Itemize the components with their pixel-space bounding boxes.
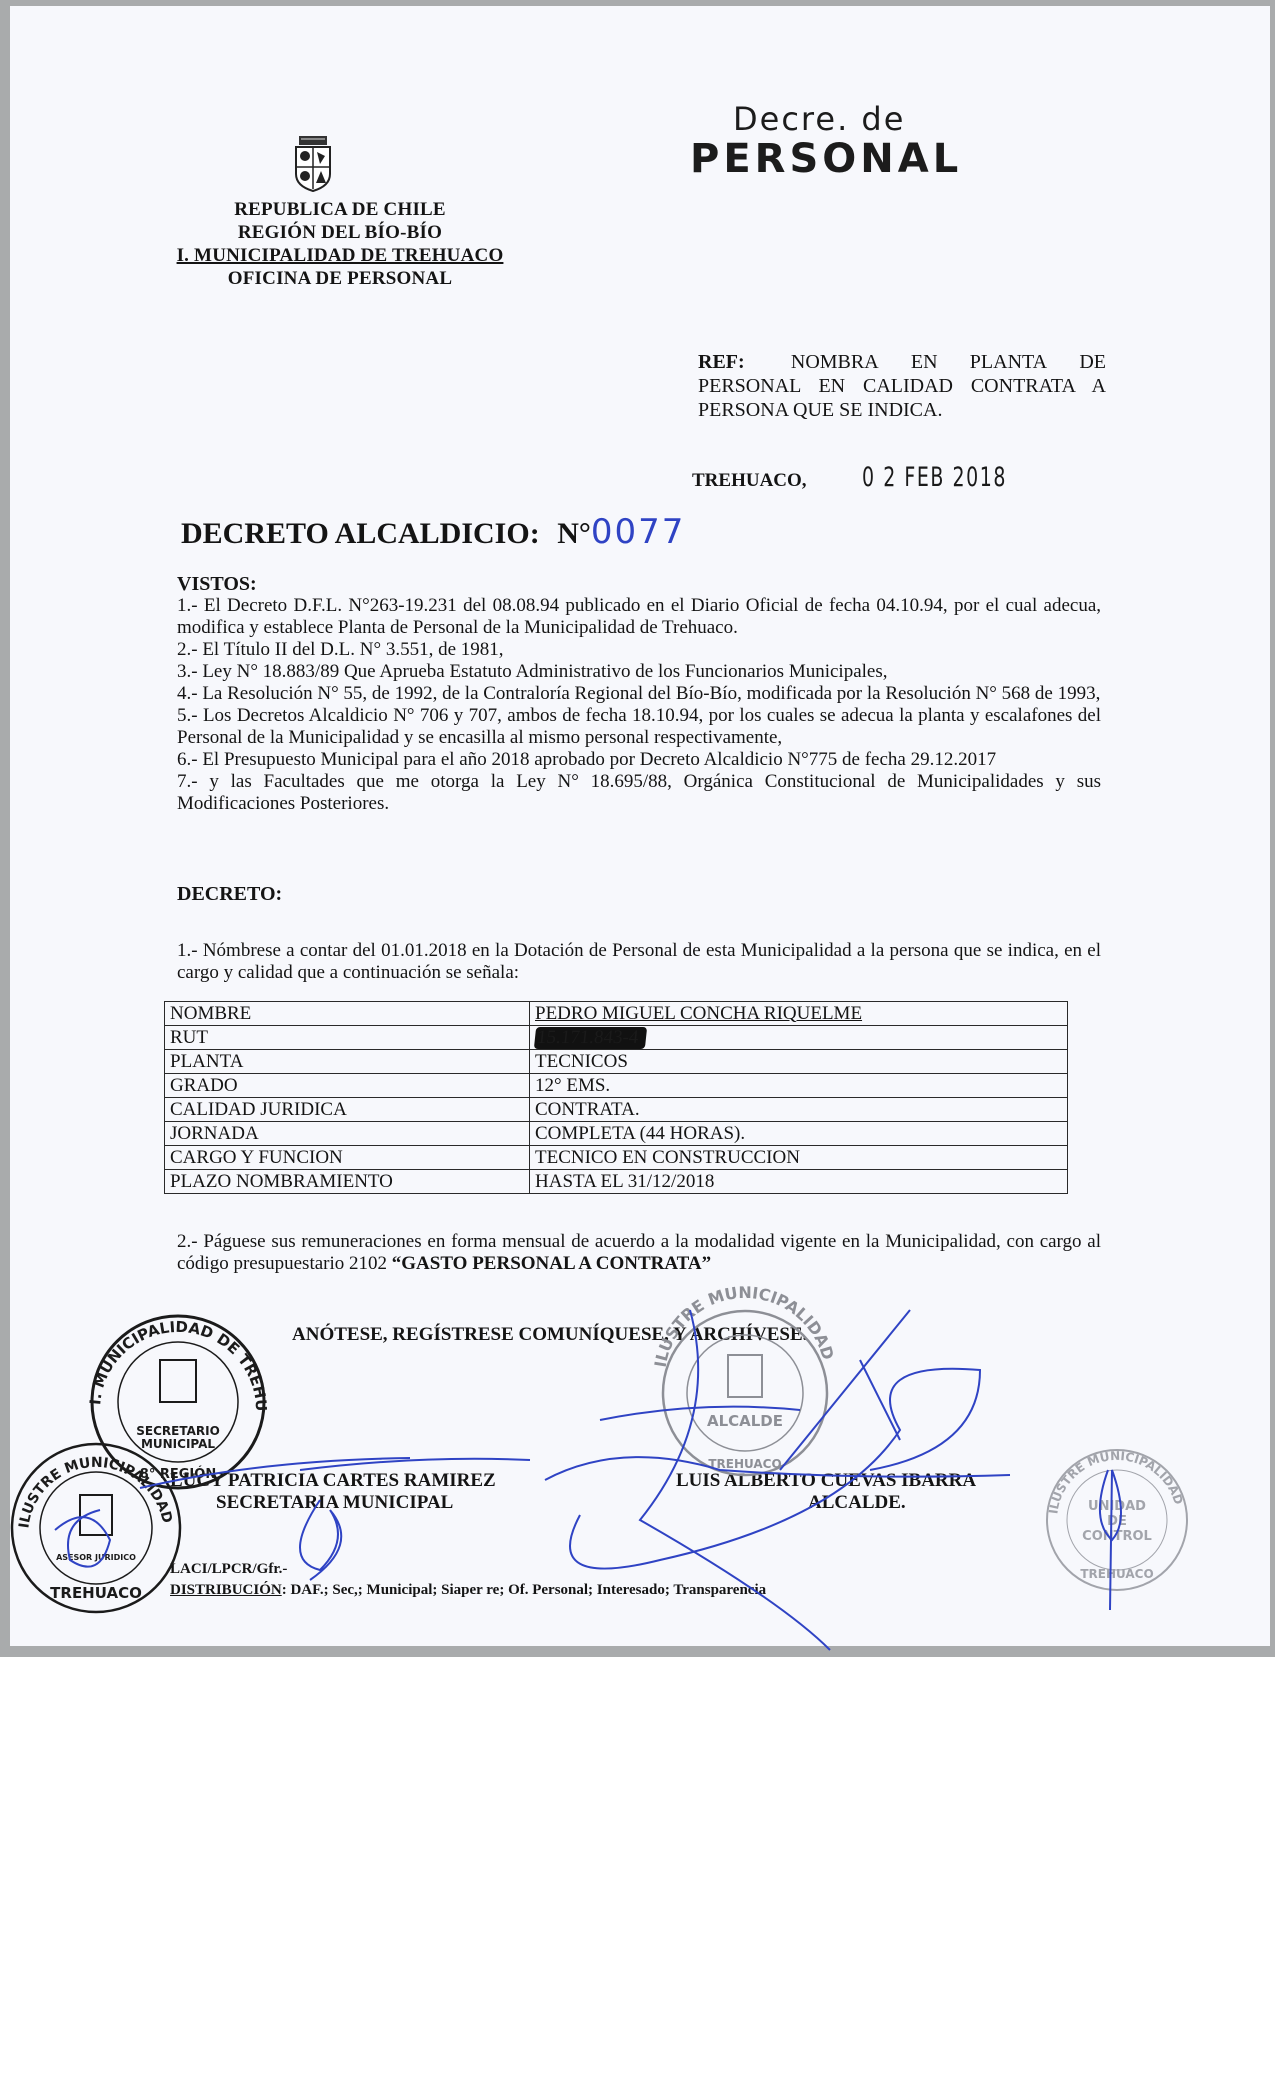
initials: LACI/LPCR/Gfr.- (170, 1561, 287, 1578)
stamp-personal: PERSONAL (690, 136, 962, 182)
table-value-text: TECNICO EN CONSTRUCCION (535, 1147, 800, 1168)
closing-formula: ANÓTESE, REGÍSTRESE COMUNÍQUESE, Y ARCHÍ… (292, 1324, 807, 1346)
header-republic: REPUBLICA DE CHILE (150, 199, 530, 221)
redacted-value: 15.171.843-4 (534, 1027, 648, 1049)
ref-word: NOMBRA (791, 350, 879, 374)
table-value: HASTA EL 31/12/2018 (530, 1170, 1068, 1194)
table-value: TECNICOS (530, 1050, 1068, 1074)
table-value-text: PEDRO MIGUEL CONCHA RIQUELME (535, 1003, 862, 1024)
table-value-text: HASTA EL 31/12/2018 (535, 1171, 714, 1192)
table-row: PLANTATECNICOS (165, 1050, 1068, 1074)
reference-block: REF: NOMBRA EN PLANTA DE PERSONAL EN CAL… (698, 350, 1106, 422)
table-value: TECNICO EN CONSTRUCCION (530, 1146, 1068, 1170)
appointment-table: NOMBREPEDRO MIGUEL CONCHA RIQUELMERUT15.… (164, 1001, 1068, 1194)
table-key: PLAZO NOMBRAMIENTO (165, 1170, 530, 1194)
decree-title: DECRETO ALCALDICIO: N°0077 (181, 512, 685, 552)
vistos-item: 7.- y las Facultades que me otorga la Le… (177, 771, 1101, 815)
vistos-item: 1.- El Decreto D.F.L. N°263-19.231 del 0… (177, 595, 1101, 639)
vistos-item: 2.- El Título II del D.L. N° 3.551, de 1… (177, 639, 1101, 661)
table-row: CARGO Y FUNCIONTECNICO EN CONSTRUCCION (165, 1146, 1068, 1170)
vistos-item: 6.- El Presupuesto Municipal para el año… (177, 749, 1101, 771)
table-value: CONTRATA. (530, 1098, 1068, 1122)
vistos-item: 4.- La Resolución N° 55, de 1992, de la … (177, 683, 1101, 705)
table-row: GRADO12° EMS. (165, 1074, 1068, 1098)
table-key: CARGO Y FUNCION (165, 1146, 530, 1170)
table-row: RUT15.171.843-4 (165, 1026, 1068, 1050)
table-value-text: COMPLETA (44 HORAS). (535, 1123, 745, 1144)
secretary-name: LUCY PATRICIA CARTES RAMIREZ (170, 1470, 496, 1492)
table-value: 12° EMS. (530, 1074, 1068, 1098)
table-key: RUT (165, 1026, 530, 1050)
mayor-title: ALCALDE. (808, 1492, 906, 1514)
table-key: JORNADA (165, 1122, 530, 1146)
table-value-text: TECNICOS (535, 1051, 628, 1072)
header-region: REGIÓN DEL BÍO-BÍO (150, 222, 530, 244)
mayor-name: LUIS ALBERTO CUEVAS IBARRA (676, 1470, 976, 1492)
table-value: COMPLETA (44 HORAS). (530, 1122, 1068, 1146)
ref-word: DE (1079, 350, 1106, 374)
vistos-heading: VISTOS: (177, 573, 257, 596)
distribution-value: : DAF.; Sec,; Municipal; Siaper re; Of. … (282, 1582, 766, 1598)
date-stamp: 0 2 FEB 2018 (862, 462, 1007, 493)
header-municipality: I. MUNICIPALIDAD DE TREHUACO (150, 245, 530, 267)
distribution-line: DISTRIBUCIÓN: DAF.; Sec,; Municipal; Sia… (170, 1582, 766, 1599)
decreto-item-2: 2.- Páguese sus remuneraciones en forma … (177, 1231, 1101, 1275)
ref-label: REF: (698, 350, 745, 374)
decree-title-text: DECRETO ALCALDICIO: (181, 517, 540, 550)
distribution-label: DISTRIBUCIÓN (170, 1582, 282, 1598)
stamp-decre-de: Decre. de (733, 100, 905, 138)
decree-number-handwritten: 0077 (591, 512, 686, 552)
table-row: CALIDAD JURIDICACONTRATA. (165, 1098, 1068, 1122)
table-key: NOMBRE (165, 1002, 530, 1026)
ref-text: PERSONAL EN CALIDAD CONTRATA A PERSONA Q… (698, 374, 1106, 422)
decreto-item-1: 1.- Nómbrese a contar del 01.01.2018 en … (177, 940, 1101, 984)
table-key: PLANTA (165, 1050, 530, 1074)
decreto-heading: DECRETO: (177, 883, 282, 906)
table-row: JORNADACOMPLETA (44 HORAS). (165, 1122, 1068, 1146)
table-value: 15.171.843-4 (530, 1026, 1068, 1050)
table-key: GRADO (165, 1074, 530, 1098)
header-office: OFICINA DE PERSONAL (150, 268, 530, 290)
table-key: CALIDAD JURIDICA (165, 1098, 530, 1122)
budget-code-label: “GASTO PERSONAL A CONTRATA” (392, 1253, 711, 1274)
table-value: PEDRO MIGUEL CONCHA RIQUELME (530, 1002, 1068, 1026)
vistos-list: 1.- El Decreto D.F.L. N°263-19.231 del 0… (177, 595, 1101, 815)
table-value-text: 12° EMS. (535, 1075, 610, 1096)
table-row: NOMBREPEDRO MIGUEL CONCHA RIQUELME (165, 1002, 1068, 1026)
municipal-crest-icon (293, 136, 333, 192)
secretary-title: SECRETARIA MUNICIPAL (216, 1492, 453, 1514)
ref-word: PLANTA (970, 350, 1047, 374)
place: TREHUACO, (692, 470, 807, 492)
vistos-item: 5.- Los Decretos Alcaldicio N° 706 y 707… (177, 705, 1101, 749)
ref-word: EN (911, 350, 938, 374)
decree-number-prefix: N° (557, 517, 591, 550)
table-value-text: CONTRATA. (535, 1099, 640, 1120)
vistos-item: 3.- Ley N° 18.883/89 Que Aprueba Estatut… (177, 661, 1101, 683)
table-row: PLAZO NOMBRAMIENTOHASTA EL 31/12/2018 (165, 1170, 1068, 1194)
